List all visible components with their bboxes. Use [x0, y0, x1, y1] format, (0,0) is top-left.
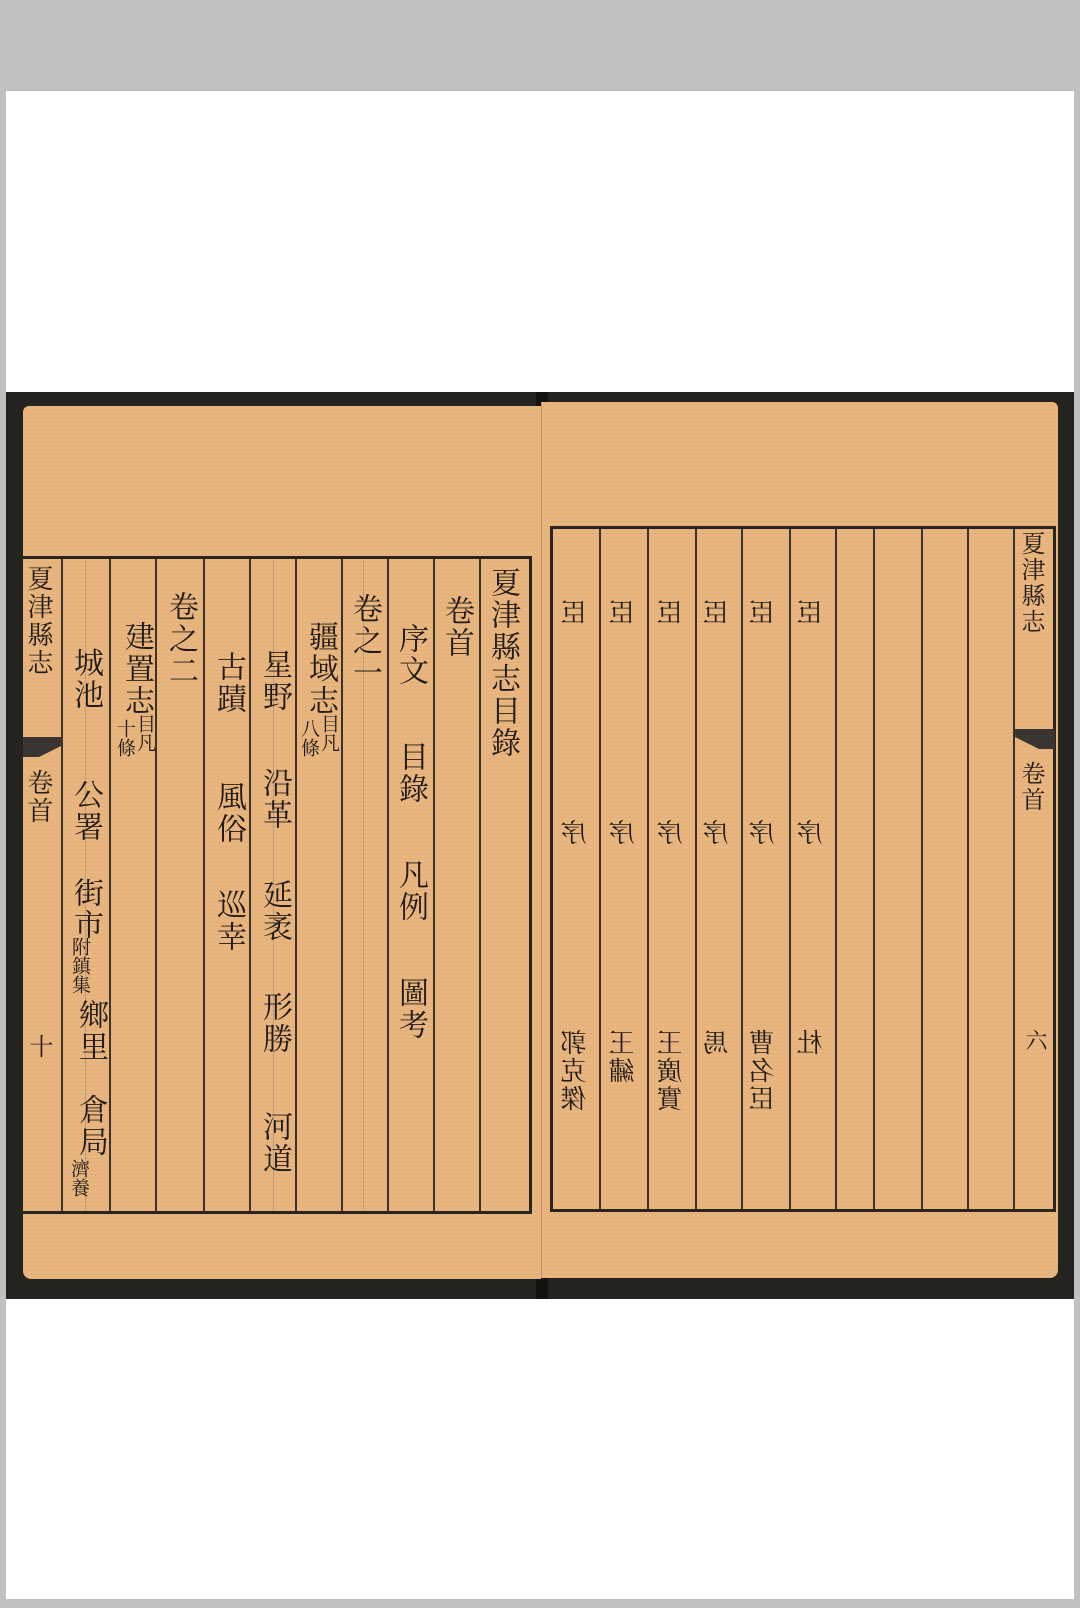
item: 風俗	[213, 781, 243, 845]
item: 形勝	[259, 991, 289, 1055]
mirrored-char: 序	[659, 819, 685, 847]
item: 序文	[395, 623, 425, 687]
margin-juan: 卷首	[25, 769, 51, 825]
item: 星野	[259, 649, 289, 713]
item: 街市	[70, 877, 100, 941]
mirrored-char: 序	[705, 819, 731, 847]
mirrored-char: 序	[611, 819, 637, 847]
margin-juan: 卷首	[1019, 761, 1043, 813]
book-scan: 夏津縣志 卷首 十 城池 公署 街市 附鎮集 鄉里 倉局 濟養 建置志 目凡 十…	[6, 392, 1074, 1299]
column-rule	[109, 559, 111, 1211]
mirrored-char: 序	[563, 819, 589, 847]
mirrored-name: 曹名臣	[751, 1029, 777, 1113]
fish-tail-mark	[1015, 729, 1055, 749]
margin-title: 夏津縣志	[1019, 531, 1043, 635]
margin-page-number: 十	[27, 1034, 51, 1060]
mirrored-name: 王廣實	[659, 1029, 685, 1113]
column-rule	[835, 529, 837, 1209]
item: 沿革	[259, 767, 289, 831]
item: 巡幸	[213, 889, 243, 953]
item: 目錄	[395, 741, 425, 805]
column-rule	[967, 529, 969, 1209]
mirrored-char: 臣	[751, 599, 777, 627]
column-rule	[1013, 529, 1015, 1209]
mirrored-name: 王繡	[611, 1029, 637, 1085]
mirrored-char: 臣	[799, 599, 825, 627]
mirrored-char: 臣	[705, 599, 731, 627]
fish-tail-mark	[23, 737, 63, 757]
column-rule	[647, 529, 649, 1209]
item: 倉局	[75, 1094, 105, 1158]
column-rule	[295, 559, 297, 1211]
right-page-border: 臣 序 郭克傑 臣 序 王繡 臣 序 王廣實 臣 序 馬 臣 序 曹名臣 臣 序…	[550, 526, 1056, 1212]
juan-heading: 卷之二	[165, 591, 195, 687]
item: 圖考	[395, 977, 425, 1041]
mirrored-char: 臣	[611, 599, 637, 627]
item: 公署	[70, 779, 100, 843]
juan-heading: 卷之一	[349, 593, 379, 689]
mirrored-char: 序	[799, 819, 825, 847]
column-rule	[341, 559, 343, 1211]
section-title: 建置志	[121, 621, 151, 717]
item: 城池	[70, 647, 100, 711]
item: 河道	[259, 1111, 289, 1175]
margin-title: 夏津縣志	[25, 565, 51, 677]
mirrored-name: 郭克傑	[563, 1029, 589, 1113]
mirrored-name: 杜	[799, 1029, 825, 1057]
column-rule	[387, 559, 389, 1211]
note: 目凡	[135, 714, 154, 752]
item: 鄉里	[75, 999, 105, 1063]
tail-note: 濟養	[69, 1159, 88, 1197]
inline-note: 附鎮集	[70, 937, 89, 994]
left-page-border: 夏津縣志 卷首 十 城池 公署 街市 附鎮集 鄉里 倉局 濟養 建置志 目凡 十…	[23, 556, 532, 1214]
note: 八條	[299, 719, 318, 757]
column-rule	[155, 559, 157, 1211]
column-rule	[873, 529, 875, 1209]
item: 凡例	[395, 859, 425, 923]
mirrored-name: 馬	[705, 1029, 731, 1057]
item: 古蹟	[213, 651, 243, 715]
column-rule	[921, 529, 923, 1209]
note: 十條	[115, 719, 134, 757]
column-rule	[789, 529, 791, 1209]
mirrored-char: 序	[751, 819, 777, 847]
section-title: 疆域志	[305, 621, 335, 717]
column-rule	[249, 559, 251, 1211]
mirrored-char: 臣	[563, 599, 589, 627]
column-rule	[695, 529, 697, 1209]
column-rule	[203, 559, 205, 1211]
column-rule	[61, 559, 63, 1211]
column-rule	[599, 529, 601, 1209]
page-title: 夏津縣志目錄	[487, 567, 517, 759]
margin-page-number: 六	[1023, 1029, 1045, 1053]
juan-heading: 卷首	[441, 595, 471, 659]
note: 目凡	[319, 714, 338, 752]
right-page: 臣 序 郭克傑 臣 序 王繡 臣 序 王廣實 臣 序 馬 臣 序 曹名臣 臣 序…	[541, 402, 1058, 1278]
left-page: 夏津縣志 卷首 十 城池 公署 街市 附鎮集 鄉里 倉局 濟養 建置志 目凡 十…	[23, 406, 541, 1279]
mirrored-char: 臣	[659, 599, 685, 627]
item: 延袤	[259, 879, 289, 943]
column-rule	[433, 559, 435, 1211]
column-rule	[741, 529, 743, 1209]
column-rule	[479, 559, 481, 1211]
